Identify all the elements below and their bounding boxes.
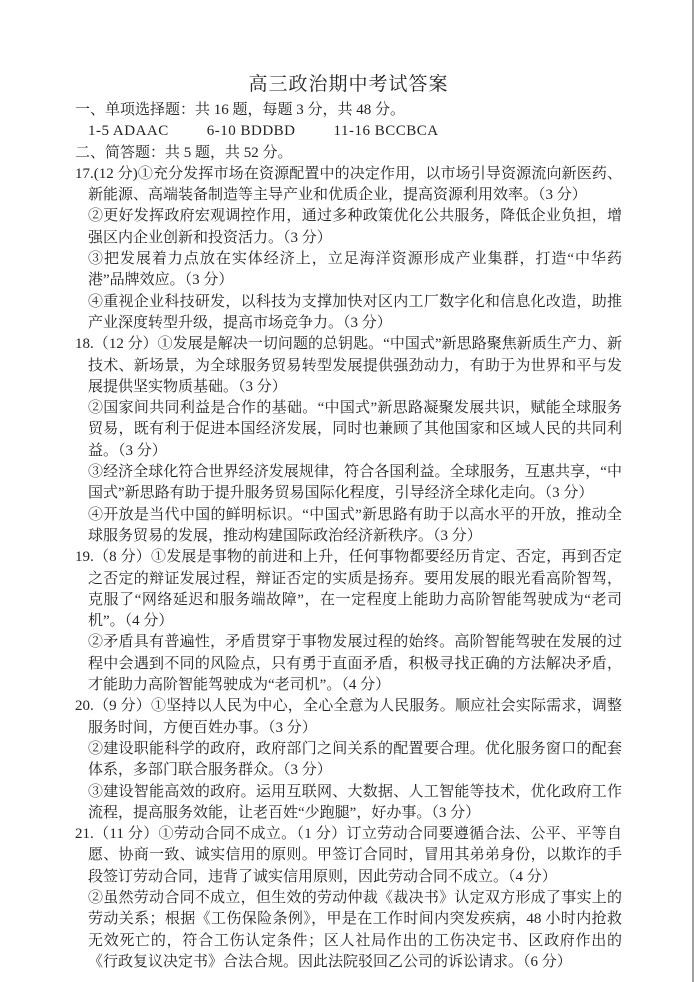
question-18-part-4: ④开放是当代中国的鲜明标识。“中国式”新思路有助于以高水平的开放，推动全球服务贸…: [88, 505, 622, 548]
question-20-part-1: 20.（9 分）①坚持以人民为中心，全心全意为人民服务。顺应社会实际需求，调整服…: [88, 696, 622, 739]
question-17-part-3: ③把发展着力点放在实体经济上，立足海洋资源形成产业集群，打造“中华药港”品牌效应…: [88, 249, 622, 292]
question-20-part-3: ③建设智能高效的政府。运用互联网、大数据、人工智能等技术，优化政府工作流程，提高…: [88, 782, 622, 825]
section1-header: 一、单项选择题：共 16 题，每题 3 分，共 48 分。: [75, 100, 622, 121]
multiple-choice-answer-key: 1-5 ADAAC6-10 BDDBD11-16 BCCBCA: [75, 121, 622, 142]
question-20-part-2: ②建设职能科学的政府，政府部门之间关系的配置要合理。优化服务窗口的配套体系，多部…: [88, 739, 622, 782]
answer-key-1-5: 1-5 ADAAC: [88, 123, 169, 139]
question-18-part-2: ②国家间共同利益是合作的基础。“中国式”新思路凝聚发展共识，赋能全球服务贸易，既…: [88, 398, 622, 462]
question-19-part-2: ②矛盾具有普遍性，矛盾贯穿于事物发展过程的始终。高阶智能驾驶在发展的过程中会遇到…: [88, 632, 622, 696]
document-page: 高三政治期中考试答案 一、单项选择题：共 16 题，每题 3 分，共 48 分。…: [0, 0, 695, 982]
question-19-part-1: 19.（8 分）①发展是事物的前进和上升，任何事物都要经历肯定、否定，再到否定之…: [88, 547, 622, 632]
question-21-part-1: 21.（11 分）①劳动合同不成立。（1 分）订立劳动合同要遵循合法、公平、平等…: [88, 824, 622, 888]
answer-key-6-10: 6-10 BDDBD: [207, 123, 296, 139]
answer-key-11-16: 11-16 BCCBCA: [334, 123, 439, 139]
question-17: 17.(12 分)①充分发挥市场在资源配置中的决定作用，以市场引导资源流向新医药…: [75, 164, 622, 334]
section2-header: 二、简答题：共 5 题，共 52 分。: [75, 143, 622, 164]
question-21: 21.（11 分）①劳动合同不成立。（1 分）订立劳动合同要遵循合法、公平、平等…: [75, 824, 622, 973]
question-17-part-1: 17.(12 分)①充分发挥市场在资源配置中的决定作用，以市场引导资源流向新医药…: [88, 164, 622, 207]
question-19: 19.（8 分）①发展是事物的前进和上升，任何事物都要经历肯定、否定，再到否定之…: [75, 547, 622, 696]
question-17-part-4: ④重视企业科技研发，以科技为支撑加快对区内工厂数字化和信息化改造，助推产业深度转…: [88, 292, 622, 335]
page-title: 高三政治期中考试答案: [75, 72, 622, 97]
question-18-part-1: 18.（12 分）①发展是解决一切问题的总钥匙。“中国式”新思路聚焦新质生产力、…: [88, 334, 622, 398]
question-21-part-2: ②虽然劳动合同不成立，但生效的劳动仲裁《裁决书》认定双方形成了事实上的劳动关系；…: [88, 888, 622, 973]
question-20: 20.（9 分）①坚持以人民为中心，全心全意为人民服务。顺应社会实际需求，调整服…: [75, 696, 622, 824]
question-18: 18.（12 分）①发展是解决一切问题的总钥匙。“中国式”新思路聚焦新质生产力、…: [75, 334, 622, 547]
question-18-part-3: ③经济全球化符合世界经济发展规律，符合各国利益。全球服务，互惠共享，“中国式”新…: [88, 462, 622, 505]
question-17-part-2: ②更好发挥政府宏观调控作用，通过多种政策优化公共服务，降低企业负担，增强区内企业…: [88, 206, 622, 249]
scan-edge-line: [692, 0, 694, 982]
